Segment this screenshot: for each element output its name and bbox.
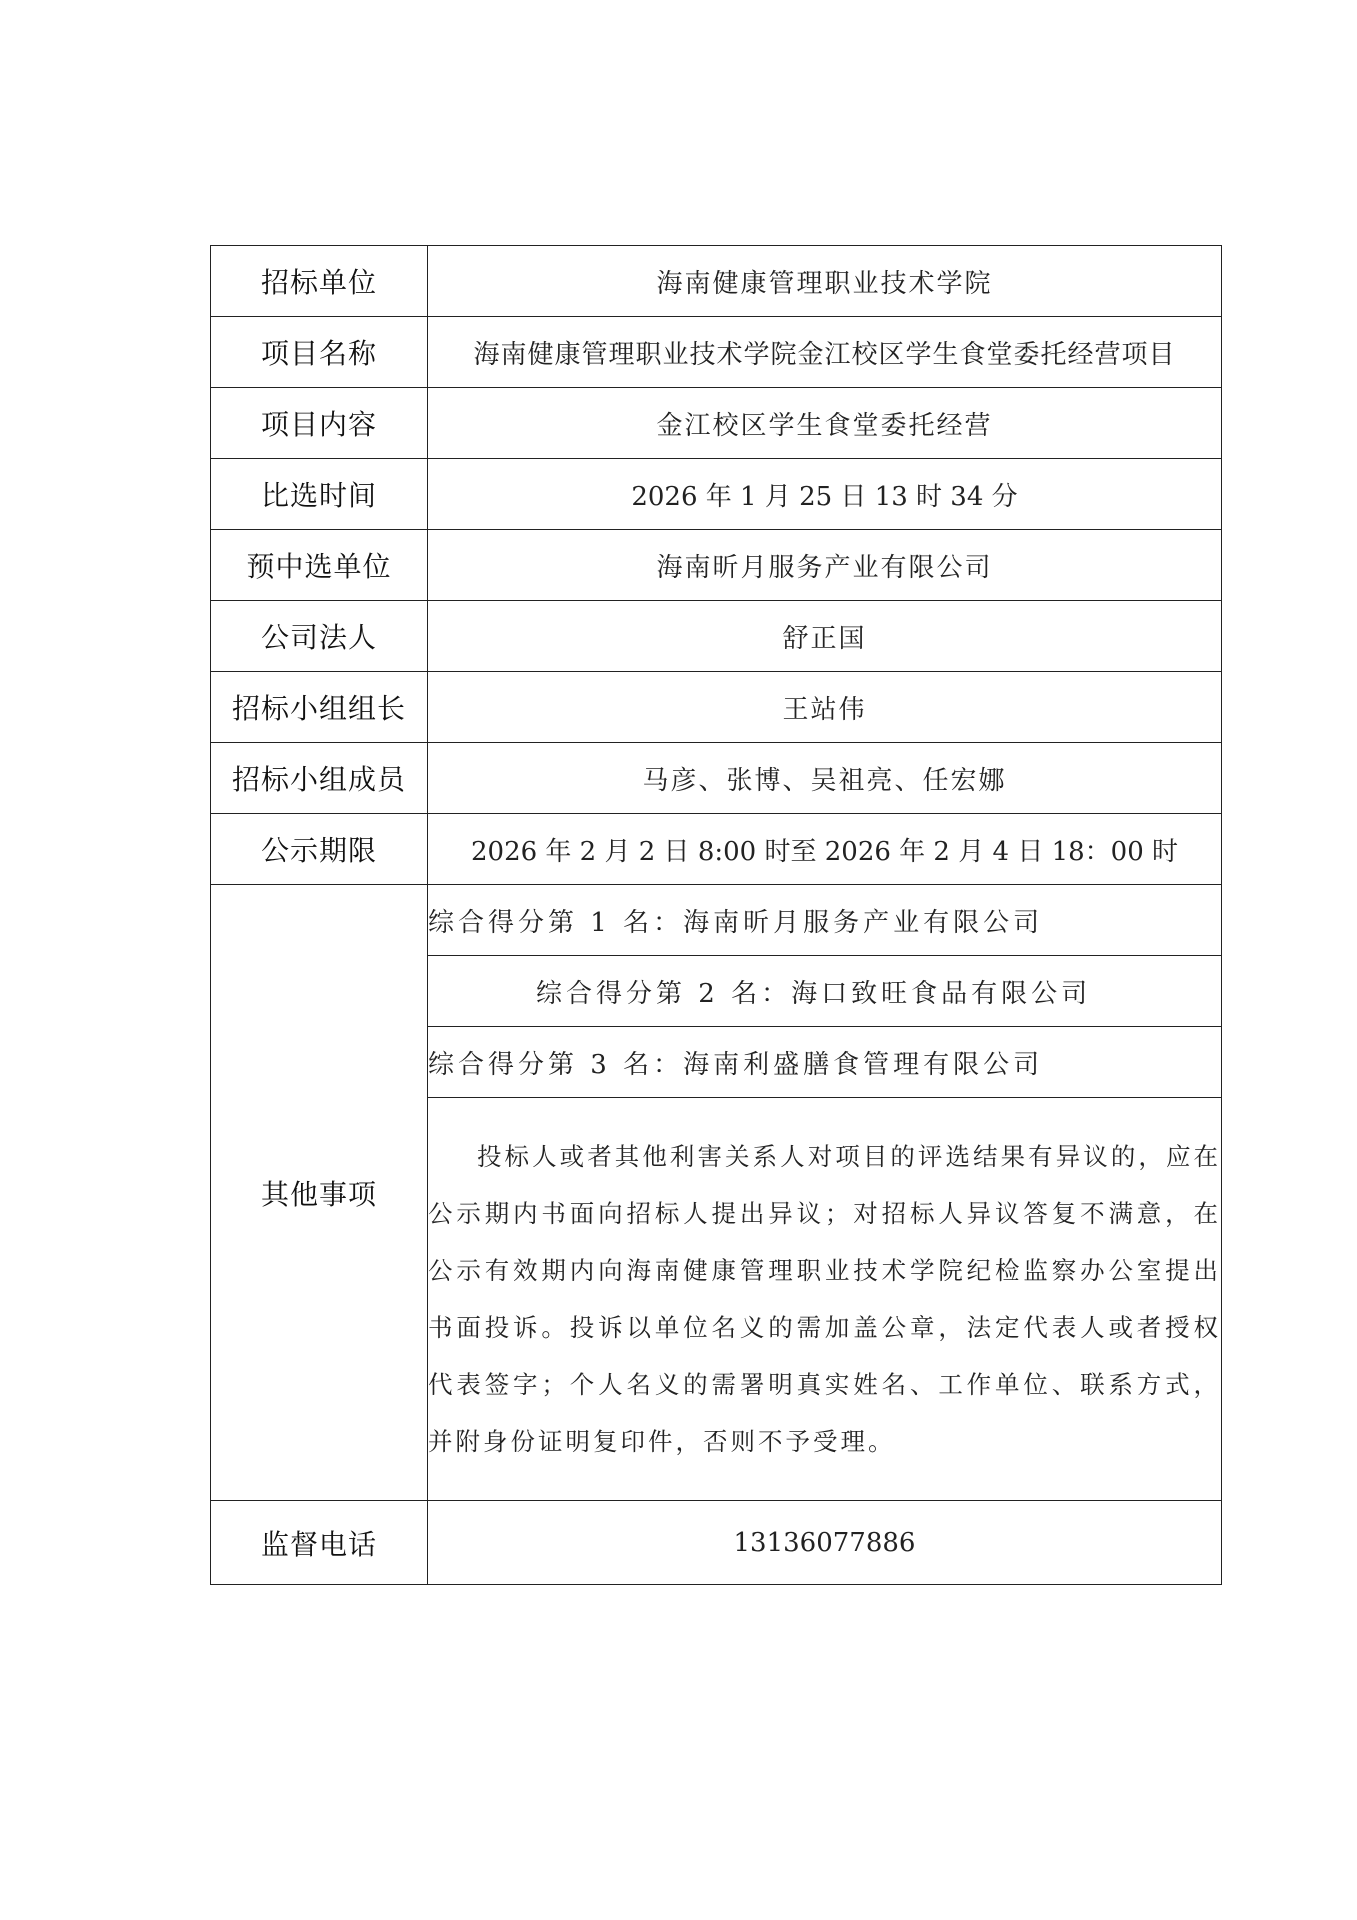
document-page: 招标单位 海南健康管理职业技术学院 项目名称 海南健康管理职业技术学院金江校区学… bbox=[0, 0, 1357, 1920]
table-row-group-members: 招标小组成员 马彦、张博、吴祖亮、任宏娜 bbox=[211, 743, 1222, 814]
supervision-phone-number: 13136077886 bbox=[428, 1501, 1222, 1585]
row-value: 金江校区学生食堂委托经营 bbox=[428, 388, 1222, 459]
objection-notice-text: 投标人或者其他利害关系人对项目的评选结果有异议的，应在公示期内书面向招标人提出异… bbox=[428, 1128, 1221, 1470]
table-row-legal-person: 公司法人 舒正国 bbox=[211, 601, 1222, 672]
row-label: 比选时间 bbox=[211, 459, 428, 530]
row-value: 海南健康管理职业技术学院金江校区学生食堂委托经营项目 bbox=[428, 317, 1222, 388]
row-value: 海南健康管理职业技术学院 bbox=[428, 246, 1222, 317]
table-row-ranking-1: 其他事项 综合得分第 1 名：海南昕月服务产业有限公司 bbox=[211, 885, 1222, 956]
table-row-group-leader: 招标小组组长 王站伟 bbox=[211, 672, 1222, 743]
row-value: 王站伟 bbox=[428, 672, 1222, 743]
row-label: 预中选单位 bbox=[211, 530, 428, 601]
row-value: 舒正国 bbox=[428, 601, 1222, 672]
row-label: 招标小组成员 bbox=[211, 743, 428, 814]
table-row-publicity-period: 公示期限 2026 年 2 月 2 日 8:00 时至 2026 年 2 月 4… bbox=[211, 814, 1222, 885]
table-row-bidding-unit: 招标单位 海南健康管理职业技术学院 bbox=[211, 246, 1222, 317]
row-label: 招标单位 bbox=[211, 246, 428, 317]
objection-notice-cell: 投标人或者其他利害关系人对项目的评选结果有异议的，应在公示期内书面向招标人提出异… bbox=[428, 1098, 1222, 1501]
bid-result-table: 招标单位 海南健康管理职业技术学院 项目名称 海南健康管理职业技术学院金江校区学… bbox=[210, 245, 1222, 1585]
row-value: 2026 年 2 月 2 日 8:00 时至 2026 年 2 月 4 日 18… bbox=[428, 814, 1222, 885]
ranking-item: 综合得分第 1 名：海南昕月服务产业有限公司 bbox=[428, 885, 1222, 956]
other-matters-label: 其他事项 bbox=[211, 885, 428, 1501]
row-label: 公示期限 bbox=[211, 814, 428, 885]
row-label: 招标小组组长 bbox=[211, 672, 428, 743]
row-label: 项目名称 bbox=[211, 317, 428, 388]
row-label: 监督电话 bbox=[211, 1501, 428, 1585]
table-row-pre-selected-unit: 预中选单位 海南昕月服务产业有限公司 bbox=[211, 530, 1222, 601]
table-row-project-content: 项目内容 金江校区学生食堂委托经营 bbox=[211, 388, 1222, 459]
row-label: 项目内容 bbox=[211, 388, 428, 459]
ranking-item: 综合得分第 2 名：海口致旺食品有限公司 bbox=[428, 956, 1222, 1027]
row-label: 公司法人 bbox=[211, 601, 428, 672]
row-value: 2026 年 1 月 25 日 13 时 34 分 bbox=[428, 459, 1222, 530]
ranking-item: 综合得分第 3 名：海南利盛膳食管理有限公司 bbox=[428, 1027, 1222, 1098]
table-row-project-name: 项目名称 海南健康管理职业技术学院金江校区学生食堂委托经营项目 bbox=[211, 317, 1222, 388]
row-value: 海南昕月服务产业有限公司 bbox=[428, 530, 1222, 601]
table-row-supervision-phone: 监督电话 13136077886 bbox=[211, 1501, 1222, 1585]
row-value: 马彦、张博、吴祖亮、任宏娜 bbox=[428, 743, 1222, 814]
table-row-selection-time: 比选时间 2026 年 1 月 25 日 13 时 34 分 bbox=[211, 459, 1222, 530]
